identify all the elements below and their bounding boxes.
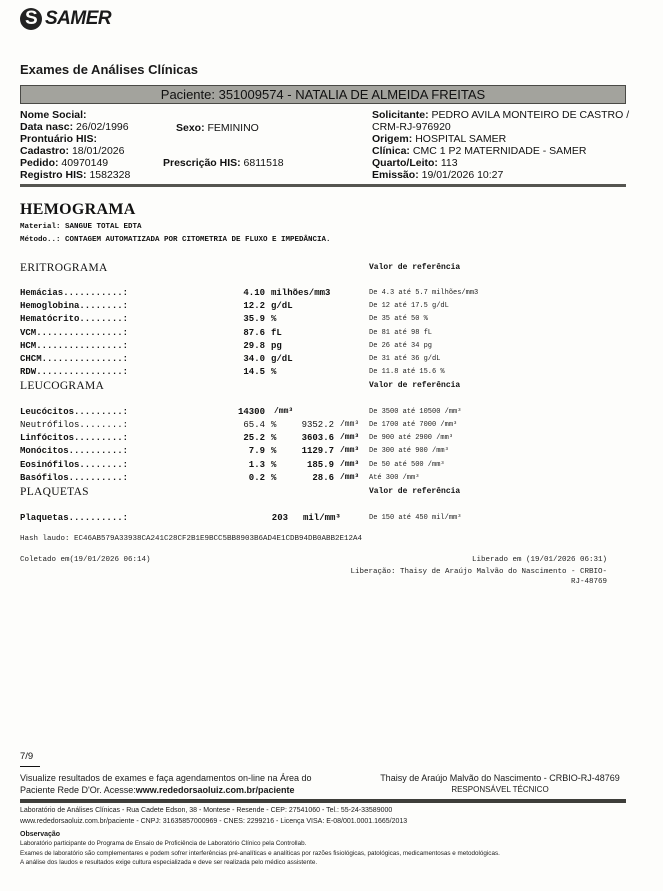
result-row: Basófilos..........:0.2%28.6/mm³Até 300 … (20, 473, 620, 486)
info-prontuario: Prontuário HIS: (20, 133, 280, 145)
info-registro: Registro HIS: 1582328 (20, 169, 280, 181)
info-origem: Origem: HOSPITAL SAMER (372, 133, 632, 145)
ref-header-eritrograma: Valor de referência (369, 263, 460, 272)
liberacao-line-2: RJ-48769 (571, 578, 607, 586)
patient-portal-link[interactable]: www.rededorsaoluiz.com.br/paciente (136, 785, 295, 795)
coletado-em: Coletado em(19/01/2026 06:14) (20, 556, 151, 564)
info-emissao: Emissão: 19/01/2026 10:27 (372, 169, 632, 181)
visualize-text: Visualize resultados de exames e faça ag… (20, 772, 312, 796)
observacao-text: Laboratório participante do Programa de … (20, 839, 500, 868)
leucograma-title: LEUCOGRAMA (20, 380, 104, 392)
responsavel-tecnico: Thaisy de Araújo Malvão do Nascimento - … (380, 772, 620, 796)
liberacao-line-1: Liberação: Thaisy de Araújo Malvão do Na… (350, 568, 607, 576)
result-row: HCM................:29.8pgDe 26 até 34 p… (20, 341, 620, 354)
info-prescricao: Prescrição HIS: 6811518 (163, 157, 284, 169)
header-divider (20, 184, 626, 187)
info-clinica: Clínica: CMC 1 P2 MATERNIDADE - SAMER (372, 145, 632, 157)
result-row: CHCM...............:34.0g/dLDe 31 até 36… (20, 354, 620, 367)
info-nome-social: Nome Social: (20, 109, 280, 121)
samer-s-logo-icon (20, 8, 42, 30)
info-crm: CRM-RJ-976920 (372, 121, 632, 133)
page-number-underline (20, 766, 40, 767)
info-sexo: Sexo: FEMININO (176, 122, 259, 134)
patient-bar: Paciente: 351009574 - NATALIA DE ALMEIDA… (20, 85, 626, 104)
result-row: VCM................:87.6fLDe 81 até 98 f… (20, 328, 620, 341)
lab-registry: www.rededorsaoluiz.com.br/paciente - CNP… (20, 816, 407, 827)
result-row-leucocitos: Leucócitos.........: 14300 /mm³ De 3500 … (20, 407, 620, 420)
eritrograma-title: ERITROGRAMA (20, 262, 108, 274)
patient-info-right: Solicitante: PEDRO AVILA MONTEIRO DE CAS… (372, 109, 632, 181)
result-row: Hemácias...........:4.10milhões/mm3De 4.… (20, 288, 620, 301)
result-row: Linfócitos.........:25.2%3603.6/mm³De 90… (20, 433, 620, 446)
result-row: Eosinófilos........:1.3%185.9/mm³De 50 a… (20, 460, 620, 473)
info-cadastro: Cadastro: 18/01/2026 (20, 145, 280, 157)
document-title: Exames de Análises Clínicas (20, 62, 198, 77)
samer-logo: SAMER (20, 8, 111, 30)
liberado-em: Liberado em (19/01/2026 06:31) (472, 556, 607, 564)
logo-text: SAMER (45, 8, 111, 30)
page-number: 7/9 (20, 751, 33, 762)
exam-title: HEMOGRAMA (20, 201, 136, 219)
result-row: Hematócrito........:35.9%De 35 até 50 % (20, 314, 620, 327)
info-quarto: Quarto/Leito: 113 (372, 157, 632, 169)
result-row: Monócitos..........:7.9%1129.7/mm³De 300… (20, 446, 620, 459)
ref-header-leucograma: Valor de referência (369, 381, 460, 390)
hash-laudo: Hash laudo: EC46AB579A33938CA241C28CF2B1… (20, 535, 362, 543)
footer-divider (20, 799, 626, 803)
exam-method: Método..: CONTAGEM AUTOMATIZADA POR CITO… (20, 236, 331, 244)
lab-address: Laboratório de Análises Clínicas - Rua C… (20, 805, 392, 816)
result-row: RDW................:14.5%De 11.8 até 15.… (20, 367, 620, 380)
result-row: Neutrófilos........:65.4%9352.2/mm³De 17… (20, 420, 620, 433)
info-solicitante: Solicitante: PEDRO AVILA MONTEIRO DE CAS… (372, 109, 632, 121)
plaquetas-title: PLAQUETAS (20, 486, 89, 498)
ref-header-plaquetas: Valor de referência (369, 487, 460, 496)
result-row: Hemoglobina........:12.2g/dLDe 12 até 17… (20, 301, 620, 314)
exam-material: Material: SANGUE TOTAL EDTA (20, 223, 142, 231)
result-row-plaquetas: Plaquetas..........: 203 mil/mm³ De 150 … (20, 513, 620, 526)
patient-info-left: Nome Social: Data nasc: 26/02/1996 Pront… (20, 109, 280, 181)
